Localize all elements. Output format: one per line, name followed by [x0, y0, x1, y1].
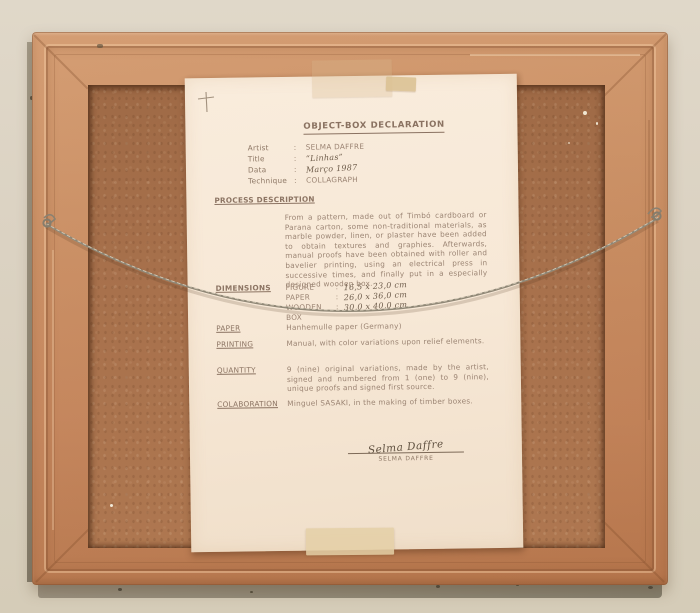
wire-twist-highlight	[46, 217, 658, 310]
pencil-mark	[198, 92, 214, 112]
photo-scene: OBJECT-BOX DECLARATION Artist : SELMA DA…	[0, 0, 700, 613]
hanging-wire-overlay	[0, 0, 700, 613]
